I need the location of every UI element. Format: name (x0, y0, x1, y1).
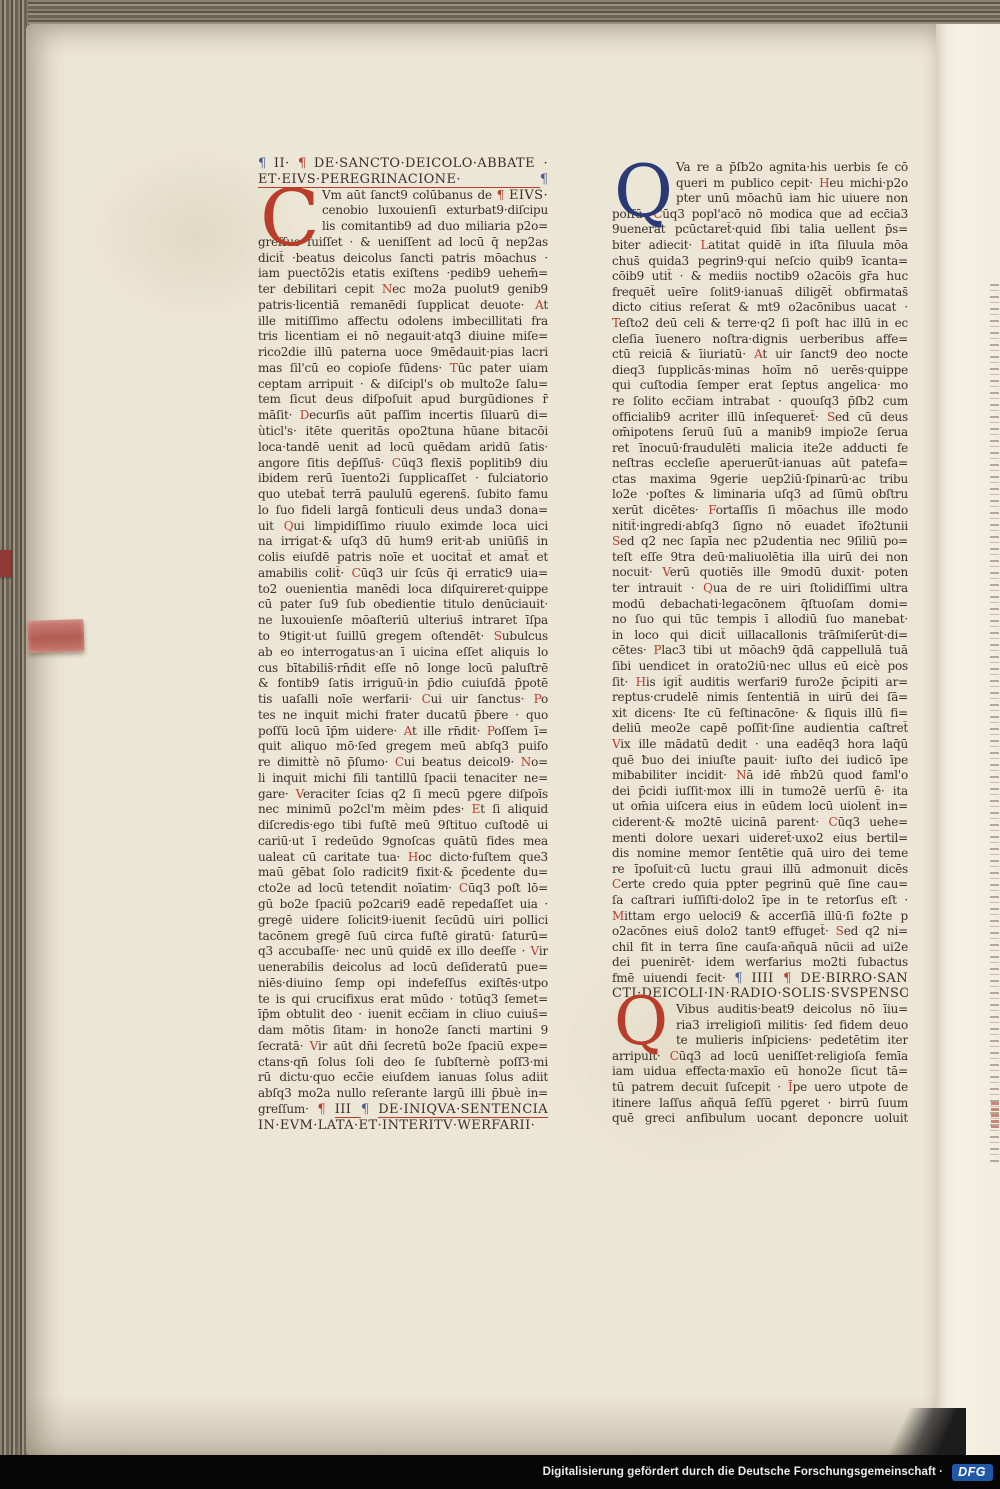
text-line: gare· Veraciter ſcias q2 ſi mecū pgere d… (258, 787, 548, 803)
text-segment: ubulcus (502, 629, 548, 643)
text-line: queri m publico cepit· Heu michi·p2o (612, 176, 908, 192)
text-line: lo ſuo fideli largā fonticuli deus unda3… (258, 503, 548, 519)
text-line: 9uenerat pcūctaret̄·quid ſibi talia uell… (612, 222, 908, 238)
text-line: tis uaſalli noīe werfarii· Cui uir ſanct… (258, 692, 548, 708)
text-line: deliū meo2e capē poſſit·ſine audientia c… (612, 721, 908, 737)
text-line: ualeat cū caritate tua· Hoc dicto·fuſtem… (258, 850, 548, 866)
text-segment: iam uidua effecta·maxīo eū hono2e ſicut … (612, 1064, 908, 1078)
text-segment: gare· (258, 787, 296, 801)
text-segment: C (422, 692, 431, 706)
text-segment: dam mōtis ſitam· in hono2e ſancti martin… (258, 1023, 548, 1037)
text-line: ria3 irreligioſi militis· ſed fidem deuo (612, 1018, 908, 1034)
text-segment: N (521, 755, 531, 769)
text-segment: fmē uiuendi fecit· (612, 971, 734, 985)
text-line: lis comitantib9 ad duo miliaria p2o= (258, 219, 548, 235)
text-line: greſſus fuiſſet · & ueniſſent ad locū q̄… (258, 235, 548, 251)
text-segment: itinere laſſus añquā ſeſſū pgeret · birr… (612, 1096, 908, 1110)
text-line: māſit· Decurſis aūt paſſim incertis ſilu… (258, 408, 548, 424)
text-segment: Q (703, 581, 713, 595)
text-segment: ¶ (298, 156, 314, 171)
text-segment: tem ſicut deus diſpoſuit apud burgūdione… (258, 392, 548, 406)
text-segment: dis nomine memor ſentētie quā uiro dei t… (612, 846, 908, 860)
text-line: te mulieris inſpiciens· pedetētim iter (612, 1033, 908, 1049)
text-segment: tes ne inquit michi frater ducatū p̄bere… (258, 708, 548, 722)
text-segment: E (472, 802, 481, 816)
text-line: loca·tandē uenit ad locū quēdam aridū ſa… (258, 440, 548, 456)
text-line: uenerabilis deicolus ad locū deſideratū … (258, 960, 548, 976)
text-segment: loca·tandē uenit ad locū quēdam aridū ſa… (258, 440, 548, 454)
text-line: cus bītabilis̄·rn̄dit eſſe nō longe locū… (258, 661, 548, 677)
text-segment: cenobio luxouienſi exturbat9·diſcipu (322, 203, 548, 217)
book-scan: ¶ II· ¶ DE·SANCTO·DEICOLO·ABBATE ·ET·EIV… (0, 0, 1000, 1489)
text-segment: C (459, 881, 468, 895)
text-segment: re īpoſuit·cū luctu graui illū admonuit … (612, 862, 908, 876)
text-segment: māſit· (258, 408, 300, 422)
text-segment: N (382, 282, 392, 296)
text-line: menti dolore uexari uideret̄·uxo2 eius b… (612, 831, 908, 847)
facing-page-text-sliver (990, 284, 999, 1164)
text-line: ùticl's· itēte queritās opo2tuna hūane b… (258, 424, 548, 440)
text-segment: reptus·crudelē nimis ſententiā in uirū d… (612, 690, 908, 704)
text-line: colis eiuſdē patris noīe et uocitat̄ et … (258, 550, 548, 566)
text-segment: greſſum· (258, 1102, 318, 1116)
text-line: Vix ille mādatū dedit · una eadēq3 hora … (612, 737, 908, 753)
text-segment: C (392, 456, 401, 470)
text-segment: ter debilitari cepit (258, 282, 382, 296)
text-segment: dieq3 ſupplicās·minas hoīm nō uerēs·quip… (612, 363, 908, 377)
text-segment: uit (258, 519, 284, 533)
text-segment: no ſuo qui tūc tempis ī allodiū ſuo mane… (612, 612, 908, 626)
text-segment: ceptam arripuit · & diſcipl's ob multo2e… (258, 377, 548, 391)
text-segment: cus bītabilis̄·rn̄dit eſſe nō longe locū… (258, 661, 548, 675)
text-line: ctans·qn̄ ſolus ſoli deo ſe ſubſternè po… (258, 1055, 548, 1071)
book-spine-edge (0, 0, 28, 1457)
text-line: dei puenirēt· idem werfarius mo2ti ſubac… (612, 955, 908, 971)
text-segment: colis eiuſdē patris noīe et uocitat̄ et … (258, 550, 548, 564)
text-segment: teſt eſſe 9tra deū·maliuolētia illa uirū… (612, 550, 908, 564)
text-segment: is igit̄ auditis werfari9 furo2e p̄cipit… (646, 675, 908, 689)
text-line: quē greci anfibulum uocant deponcre uolu… (612, 1111, 908, 1127)
text-line: IN·EVM·LATA·ET·INTERITV·WERFARII· (258, 1118, 548, 1134)
text-segment: ¶ (361, 1102, 378, 1117)
text-line: pter unū mōachū iam hic uiuere non (612, 191, 908, 207)
text-line: cto2e ad locū tetendit noīatim· Cūq3 poſ… (258, 881, 548, 897)
text-line: ne luxouienſe mōaſteriū ulterius̄ intrar… (258, 613, 548, 629)
text-line: ibidem rerū īuento2i ſupplicaſſet · fulc… (258, 471, 548, 487)
text-column-right: Va re a p̄ſb2o agnita·his uerbis ſe cōqu… (612, 160, 908, 1127)
text-line: tes ne inquit michi frater ducatū p̄bere… (258, 708, 548, 724)
text-segment: ix ille mādatū dedit · una eadēq3 hora l… (620, 737, 908, 751)
text-segment: ūq3 popl'acō nō modica que ad ecc̄ia3 (662, 207, 908, 221)
heading-text: CTI·DEICOLI·IN·RADIO·SOLIS·SVSPENSO (612, 986, 908, 1002)
text-line: tū patrem decuit ſuſcepit · Īpe uero utp… (612, 1080, 908, 1096)
text-line: modū debachati·legacōnem q̄ſtuoſam domi= (612, 597, 908, 613)
text-line: quē ƀuo dei iniuſte pauit· iuſto dei iud… (612, 753, 908, 769)
text-line: cōib9 utit̄ · & mediis noctib9 o2acōis g… (612, 269, 908, 285)
text-line: ſit· His igit̄ auditis werfari9 furo2e p… (612, 675, 908, 691)
text-segment: ¶ (497, 188, 509, 202)
text-line: dis nomine memor ſentētie quā uiro dei t… (612, 846, 908, 862)
text-segment: to2 ouenientia manēdi loca diſquireret·q… (258, 582, 548, 596)
text-segment: erte credo quia ppter pegrinū quē ſine c… (621, 877, 908, 891)
text-segment: ed q2 ni= (844, 924, 908, 938)
text-segment: o= (531, 755, 548, 769)
text-segment: officialib9 acriter illū inſequeret̄· (612, 410, 827, 424)
text-line: dicto citius reſerat & mt9 o2acōnibus ua… (612, 300, 908, 316)
text-column-left: ¶ II· ¶ DE·SANCTO·DEICOLO·ABBATE ·ET·EIV… (258, 156, 548, 1133)
text-line: tem ſicut deus diſpoſuit apud burgūdione… (258, 392, 548, 408)
text-segment: lis comitantib9 ad duo miliaria p2o= (322, 219, 548, 233)
text-segment: D (300, 408, 309, 422)
text-segment: dei puenirēt· idem werfarius mo2ti ſubac… (612, 955, 908, 969)
text-line: gū bo2e ſpaciū po2cari9 eadē repedaſſet … (258, 897, 548, 913)
text-segment: xit dicens· Ite cū feſtinacōne· & ſiquis… (612, 706, 908, 720)
text-segment: V (310, 1039, 318, 1053)
text-line: qui cuſtodia ſemper erat ſeptus angelica… (612, 378, 908, 394)
text-segment: S (827, 410, 835, 424)
text-segment: P (534, 692, 541, 706)
text-line: dam mōtis ſitam· in hono2e ſancti martin… (258, 1023, 548, 1039)
text-segment: om̄ipotens ſeruū ſuū a manib9 impio2e ſe… (612, 425, 908, 439)
text-segment: poſſū· (612, 207, 653, 221)
text-line: CTI·DEICOLI·IN·RADIO·SOLIS·SVSPENSO (612, 986, 908, 1002)
text-segment: Vibus auditis·beat9 deicolus nō īiu= (676, 1002, 908, 1016)
text-line: ſecratā· Vir aūt dn̄i ſecretū bo2e ſpaci… (258, 1039, 548, 1055)
text-segment: o (541, 692, 548, 706)
text-segment: frequēt̄ ueīre ſolit9·ianuas̄ diligēt̄ o… (612, 285, 908, 299)
text-segment: V (296, 787, 303, 801)
text-line: cenobio luxouienſi exturbat9·diſcipu (258, 203, 548, 219)
text-line: ille mitiſſimo affectu odolens imbecilli… (258, 314, 548, 330)
text-line: o2acōnes eius̄ dolo2 tant9 effuget̄· Sed… (612, 924, 908, 940)
heading-text: III (335, 1102, 361, 1118)
text-segment: ortaſſis ſi mōachus ille modo (716, 503, 908, 517)
text-segment: t ſi aliquid (480, 802, 548, 816)
text-segment: S (612, 534, 620, 548)
heading-text: DE·INIQVA·SENTENCIA (378, 1102, 548, 1118)
text-segment: ualeat cū caritate tua· (258, 850, 408, 864)
text-segment: chil fit in terra ſine cauſa·añquā nūcii… (612, 940, 908, 954)
heading-text: EIVS· (509, 188, 548, 204)
text-segment: angore ſitis dep̄ſſus̄· (258, 456, 392, 470)
text-segment: atitat quidē in iſta ſiluula mōa (708, 238, 908, 252)
text-segment: ūq3 flexis̄ poplitib9 diu (401, 456, 548, 470)
text-segment: cōib9 utit̄ · & mediis noctib9 o2acōis g… (612, 269, 908, 283)
text-line: nocuit· Verū quotiēs ille 9modū duxit· p… (612, 565, 908, 581)
text-segment: Q (284, 519, 294, 533)
text-line: & fontib9 ſatis irriguū·in p̄dio cuiuſdā… (258, 676, 548, 692)
text-line: teſt eſſe 9tra deū·maliuolētia illa uirū… (612, 550, 908, 566)
text-line: frequēt̄ ueīre ſolit9·ianuas̄ diligēt̄ o… (612, 285, 908, 301)
text-segment: lac3 tibi ut mōach9 q̄dā cappellulā tuā (661, 643, 908, 657)
text-segment: gū bo2e ſpaciū po2cari9 eadē repedaſſet … (258, 897, 548, 911)
digitization-credit-text: Digitalisierung gefördert durch die Deut… (543, 1466, 944, 1478)
text-line: lo2e ·poſtes & liminaria uſq3 ad ſūmū ob… (612, 487, 908, 503)
text-line: ceptam arripuit · & diſcipl's ob multo2e… (258, 377, 548, 393)
text-line: dei p̄cidi iuſſit·mox illi in tumo2ē uer… (612, 784, 908, 800)
text-segment: ec mo2a puolut9 genib9 (392, 282, 548, 296)
dfg-logo[interactable]: DFG (952, 1464, 993, 1481)
text-line: Teſto2 deū celi & terre·q2 ſi poſt hac i… (612, 316, 908, 332)
text-segment: ſa caſtrari iuſſiſti·dolo2 īpe in te ret… (612, 893, 908, 907)
text-line: cariū·ut ī redeūdo 9gnoſcas quātū fides … (258, 834, 548, 850)
text-line: re dimittè nō p̄ſumo· Cui beatus deicol9… (258, 755, 548, 771)
text-segment: to 9tigit·ut ſuillū gregem oſtendēt· (258, 629, 494, 643)
text-segment: ¶ (783, 971, 800, 986)
text-segment: o2acōnes eius̄ dolo2 tant9 effuget̄· (612, 924, 836, 938)
text-line: to2 ouenientia manēdi loca diſquireret·q… (258, 582, 548, 598)
text-line: cleſia īuenero noſtra·dignis uerberibus … (612, 332, 908, 348)
text-segment: ed cū deus (835, 410, 908, 424)
text-segment: abſq3 mo2a nullo reſerante largū illi p̄… (258, 1086, 548, 1100)
text-segment: eraciter ſcias q2 ſi mecū pgere diſpoīs (303, 787, 548, 801)
text-line: om̄ipotens ſeruū ſuū a manib9 impio2e ſe… (612, 425, 908, 441)
text-segment: cū pater ſu9 ſub obedientie titulo denūc… (258, 597, 548, 611)
text-line: iam puectō2is etatis exiſtens ·pedib9 ue… (258, 266, 548, 282)
text-line: poſſū locū īp̄m uidere· At ille rn̄dit· … (258, 724, 548, 740)
text-segment: maū gēbat ſolo radicit9 fixit·& p̄cedent… (258, 865, 548, 879)
text-segment: queri m publico cepit· (676, 176, 819, 190)
text-segment: ret īnocuū·fraudulēti malicia ite2e addu… (612, 441, 908, 455)
text-line: xit dicens· Ite cū feſtinacōne· & ſiquis… (612, 706, 908, 722)
text-line: te is qui crucifixus erat mūdo · totūq3 … (258, 992, 548, 1008)
text-segment: ua de re uiri ſtolidiſſimi ultra (713, 581, 908, 595)
text-segment: ā idē m̄b2ū quod faml'o (746, 768, 908, 782)
text-segment: ria3 irreligioſi militis· ſed fidem deuo (676, 1018, 908, 1032)
text-line: dieq3 ſupplicās·minas hoīm nō uerēs·quip… (612, 363, 908, 379)
text-segment: qui cuſtodia ſemper erat ſeptus angelica… (612, 378, 908, 392)
text-segment: rico2die illū paterna uoce 9mēdauit·pias… (258, 345, 548, 359)
text-segment: nec minimū po2cl'm mèim pdes· (258, 802, 472, 816)
digitization-banner: Digitalisierung gefördert durch die Deut… (0, 1455, 1000, 1489)
text-segment: ūc pater uiam (458, 361, 548, 375)
text-line: mas ſil'cū eo copioſe fūdens· Tūc pater … (258, 361, 548, 377)
text-segment: lo2e ·poſtes & liminaria uſq3 ad ſūmū ob… (612, 487, 908, 501)
text-segment: t ille rn̄dit· (412, 724, 487, 738)
text-line: ter intrauit · Qua de re uiri ſtolidiſſi… (612, 581, 908, 597)
text-line: maū gēbat ſolo radicit9 fixit·& p̄cedent… (258, 865, 548, 881)
text-segment: lo ſuo fideli largā fonticuli deus unda3… (258, 503, 548, 517)
text-line: Va re a p̄ſb2o agnita·his uerbis ſe cō (612, 160, 908, 176)
text-line: fmē uiuendi fecit· ¶ IIII ¶ DE·BIRRO·SAN (612, 971, 908, 987)
text-segment: cleſia īuenero noſtra·dignis uerberibus … (612, 332, 908, 346)
text-segment: ui limpidiſſimo riuulo eximde loca uici (293, 519, 548, 533)
text-segment: V (662, 565, 669, 579)
text-segment: li inquit michi fili tantillū ſpacii ten… (258, 771, 548, 785)
text-line: īp̄m obtulit deo · iuenit ecc̄iam in cli… (258, 1007, 548, 1023)
text-line: reptus·crudelē nimis ſententiā in uirū d… (612, 690, 908, 706)
text-segment: II· (274, 156, 298, 171)
text-segment: cto2e ad locū tetendit noīatim· (258, 881, 459, 895)
text-segment: quit aliquo mō·ſed gregem meū abſq3 puiſ… (258, 739, 548, 753)
text-line: quit aliquo mō·ſed gregem meū abſq3 puiſ… (258, 739, 548, 755)
text-line: in loco qui dicit̄ uillacallonis trāſmiſ… (612, 628, 908, 644)
text-segment: N (736, 768, 746, 782)
manuscript-page: ¶ II· ¶ DE·SANCTO·DEICOLO·ABBATE ·ET·EIV… (26, 24, 938, 1455)
text-segment: miƀabiliter incidit· (612, 768, 736, 782)
text-segment: arripuit· (612, 1049, 670, 1063)
text-segment: na irrigat·& uſq3 dū hum9 erit·ab uniūſi… (258, 534, 548, 548)
text-line: arripuit· Cūq3 ad locū ueniſſet·religioſ… (612, 1049, 908, 1065)
text-segment: tis uaſalli noīe werfarii· (258, 692, 422, 706)
text-segment: te is qui crucifixus erat mūdo · totūq3 … (258, 992, 548, 1006)
text-line: quo utebat̄ terrā paululū egerens̄. ſubi… (258, 487, 548, 503)
text-line: Vm aūt ſanct9 colūbanus de ¶ EIVS· (258, 188, 548, 204)
text-line: nec minimū po2cl'm mèim pdes· Et ſi aliq… (258, 802, 548, 818)
text-line: li inquit michi fili tantillū ſpacii ten… (258, 771, 548, 787)
text-line: miƀabiliter incidit· Nā idē m̄b2ū quod f… (612, 768, 908, 784)
text-segment: Vm aūt ſanct9 colūbanus de (322, 188, 497, 202)
text-line: abſq3 mo2a nullo reſerante largū illi p̄… (258, 1086, 548, 1102)
text-segment: nitit̄·ingredi·abſq3 ſigno nō euadet īfo… (612, 519, 908, 533)
text-segment: quē greci anfibulum uocant deponcre uolu… (612, 1111, 908, 1125)
text-line: ¶ II· ¶ DE·SANCTO·DEICOLO·ABBATE · (258, 156, 548, 172)
text-line: neſtras eccleſie aperuerūt·ianuas aūt pa… (612, 456, 908, 472)
text-segment: C (653, 207, 662, 221)
text-segment: in loco qui dicit̄ uillacallonis trāſmiſ… (612, 628, 908, 642)
text-line: ctas maxima 9gerie uep2iū·ſpinarū·ac tri… (612, 472, 908, 488)
text-segment: 9uenerat pcūctaret̄·quid ſibi talia uell… (612, 222, 908, 236)
text-line: ter debilitari cepit Nec mo2a puolut9 ge… (258, 282, 548, 298)
text-segment: rū dictu·quo ecc̄ie eiuſdem ianuas ſolus… (258, 1070, 548, 1084)
heading-text: IIII (751, 971, 783, 987)
text-segment: pter unū mōachū iam hic uiuere non (676, 191, 908, 205)
text-line: poſſū· Cūq3 popl'acō nō modica que ad ec… (612, 207, 908, 223)
text-line: xerūt dicētes· Fortaſſis ſi mōachus ille… (612, 503, 908, 519)
text-segment: te mulieris inſpiciens· pedetētim iter (676, 1033, 908, 1047)
text-segment: ¶ (734, 971, 751, 986)
text-segment: ctans·qn̄ ſolus ſoli deo ſe ſubſternè po… (258, 1055, 548, 1069)
text-segment: ūq3 ad locū ueniſſet·religioſa femīa (679, 1049, 908, 1063)
text-segment: deliū meo2e capē poſſit·ſine audientia c… (612, 721, 908, 735)
leather-index-tab[interactable] (27, 619, 84, 653)
text-line: re īpoſuit·cū luctu graui illū admonuit … (612, 862, 908, 878)
text-segment: chus̄ quida3 pegrin9·qui neſcio quib9 īc… (612, 254, 908, 268)
text-segment: tris licentiam ei nō negauit·atq3 diuine… (258, 329, 548, 343)
text-segment: ibidem rerū īuento2i ſupplicaſſet · fulc… (258, 471, 548, 485)
text-line: patris·licentiā remanēdi ſupplicat deuot… (258, 298, 548, 314)
page-corner-shadow (856, 1408, 966, 1455)
text-segment: ctū reiciā & īiuriatū· (612, 347, 754, 361)
text-segment: S (836, 924, 844, 938)
text-segment: dicto citius reſerat & mt9 o2acōnibus ua… (612, 300, 908, 314)
text-segment: ſit· (612, 675, 636, 689)
text-line: no ſuo qui tūc tempis ī allodiū ſuo mane… (612, 612, 908, 628)
text-line: uit Qui limpidiſſimo riuulo eximde loca … (258, 519, 548, 535)
text-segment: C (670, 1049, 679, 1063)
text-segment: ſibi uendicet in orato2iū·nec ullus eū e… (612, 659, 908, 673)
text-line: rū dictu·quo ecc̄ie eiuſdem ianuas ſolus… (258, 1070, 548, 1086)
text-segment: H (408, 850, 418, 864)
text-segment: T (612, 316, 619, 330)
facing-page-rubric-sliver (991, 1102, 999, 1128)
text-segment: T (450, 361, 458, 375)
text-segment: patris·licentiā remanēdi ſupplicat deuot… (258, 298, 535, 312)
text-segment: ¶ (318, 1102, 335, 1117)
text-line: angore ſitis dep̄ſſus̄· Cūq3 flexis̄ pop… (258, 456, 548, 472)
text-line: itinere laſſus añquā ſeſſū pgeret · birr… (612, 1096, 908, 1112)
heading-text: IN·EVM·LATA·ET·INTERITV·WERFARII· (258, 1118, 535, 1134)
text-line: nitit̄·ingredi·abſq3 ſigno nō euadet īfo… (612, 519, 908, 535)
text-segment: modū debachati·legacōnem q̄ſtuoſam domi= (612, 597, 908, 611)
text-segment: mas ſil'cū eo copioſe fūdens· (258, 361, 450, 375)
text-segment: re dimittè nō p̄ſumo· (258, 755, 395, 769)
text-segment: M (612, 909, 624, 923)
text-line: ſibi uendicet in orato2iū·nec ullus eū e… (612, 659, 908, 675)
text-segment: ui beatus deicol9· (404, 755, 521, 769)
text-segment: re ſolito ecc̄iam intrabat · quouſq3 p̄ſ… (612, 394, 908, 408)
text-segment: quo utebat̄ terrā paululū egerens̄. ſubi… (258, 487, 548, 501)
text-segment: ſecratā· (258, 1039, 310, 1053)
text-segment: ciderent·& mo2tē uicinā parent· (612, 815, 828, 829)
text-segment: ab eo interrogatus·an ī uicina eſſet ali… (258, 645, 548, 659)
text-segment: eu michi·p2o (829, 176, 908, 190)
text-segment: H (636, 675, 646, 689)
text-line: Certe credo quia ppter pegrinū quē ſine … (612, 877, 908, 893)
text-segment: ille mitiſſimo affectu odolens imbecilli… (258, 314, 548, 328)
text-line: Vibus auditis·beat9 deicolus nō īiu= (612, 1002, 908, 1018)
text-segment: ui uir ſanctus· (431, 692, 534, 706)
text-line: dicit̄ ·beatus deicolus ſancti patris mō… (258, 251, 548, 267)
text-segment: ūq3 poſt lō= (468, 881, 548, 895)
text-line: cū pater ſu9 ſub obedientie titulo denūc… (258, 597, 548, 613)
heading-text: DE·BIRRO·SAN (800, 971, 908, 987)
text-segment: erū quotiēs ille 9modū duxit· poten (670, 565, 908, 579)
text-segment: C (612, 877, 621, 891)
text-line: ET·EIVS·PEREGRINACIONE· ¶ EX·GESTIS (258, 172, 548, 188)
text-segment: dicit̄ ·beatus deicolus ſancti patris mō… (258, 251, 548, 265)
text-segment: ed q2 nec ſapīa nec p2udentia nec 9ſiliū… (620, 534, 908, 548)
text-segment: cētes· (612, 643, 654, 657)
facing-page-edge (936, 24, 1000, 1455)
text-line: q3 accubaſſe· nec unū quidē ex illo deeſ… (258, 944, 548, 960)
text-line: ciderent·& mo2tē uicinā parent· Cūq3 ueh… (612, 815, 908, 831)
text-line: ut om̄ia uiſcera eius in eūdem locū uiol… (612, 799, 908, 815)
text-line: na irrigat·& uſq3 dū hum9 erit·ab uniūſi… (258, 534, 548, 550)
text-segment: C (352, 566, 361, 580)
text-segment: ¶ (258, 156, 274, 171)
text-segment: ¶ (540, 172, 548, 187)
text-segment: greſſus fuiſſet · & ueniſſent ad locū q̄… (258, 235, 548, 249)
text-segment: amabilis colit̄· (258, 566, 352, 580)
text-line: ab eo interrogatus·an ī uicina eſſet ali… (258, 645, 548, 661)
text-segment: ūq3 uehe= (837, 815, 908, 829)
text-segment: ittam ergo ueloci9 & accerſiā illū·ſi fo… (624, 909, 908, 923)
text-line: amabilis colit̄· Cūq3 uir ſcūs q̄i errat… (258, 566, 548, 582)
text-line: chil fit in terra ſine cauſa·añquā nūcii… (612, 940, 908, 956)
text-segment: F (708, 503, 715, 517)
text-line: greſſum· ¶ III ¶ DE·INIQVA·SENTENCIA (258, 1102, 548, 1118)
text-segment: S (494, 629, 502, 643)
text-line: ret īnocuū·fraudulēti malicia ite2e addu… (612, 441, 908, 457)
text-segment: q3 accubaſſe· nec unū quidē ex illo deeſ… (258, 944, 531, 958)
text-segment: C (395, 755, 404, 769)
text-segment: ut om̄ia uiſcera eius in eūdem locū uiol… (612, 799, 908, 813)
text-segment: oſſem ī= (494, 724, 548, 738)
text-line: re ſolito ecc̄iam intrabat · quouſq3 p̄ſ… (612, 394, 908, 410)
text-segment: quē ƀuo dei iniuſte pauit· iuſto dei iud… (612, 753, 908, 767)
text-segment: ùticl's· itēte queritās opo2tuna hūane b… (258, 424, 548, 438)
text-segment: biter adiecit· (612, 238, 701, 252)
text-line: tacōnem gregē ſuū circa fuſtē giratū· ſa… (258, 929, 548, 945)
text-line: ctū reiciā & īiuriatū· At uir ſanct9 deo… (612, 347, 908, 363)
text-segment: eſto2 deū celi & terre·q2 ſi poſt hac il… (619, 316, 908, 330)
text-segment: H (819, 176, 829, 190)
text-line: cētes· Plac3 tibi ut mōach9 q̄dā cappell… (612, 643, 908, 659)
text-segment: īp̄m obtulit deo · iuenit ecc̄iam in cli… (258, 1007, 548, 1021)
text-segment: neſtras eccleſie aperuerūt·ianuas aūt pa… (612, 456, 908, 470)
spine-marker-tab (0, 550, 11, 577)
